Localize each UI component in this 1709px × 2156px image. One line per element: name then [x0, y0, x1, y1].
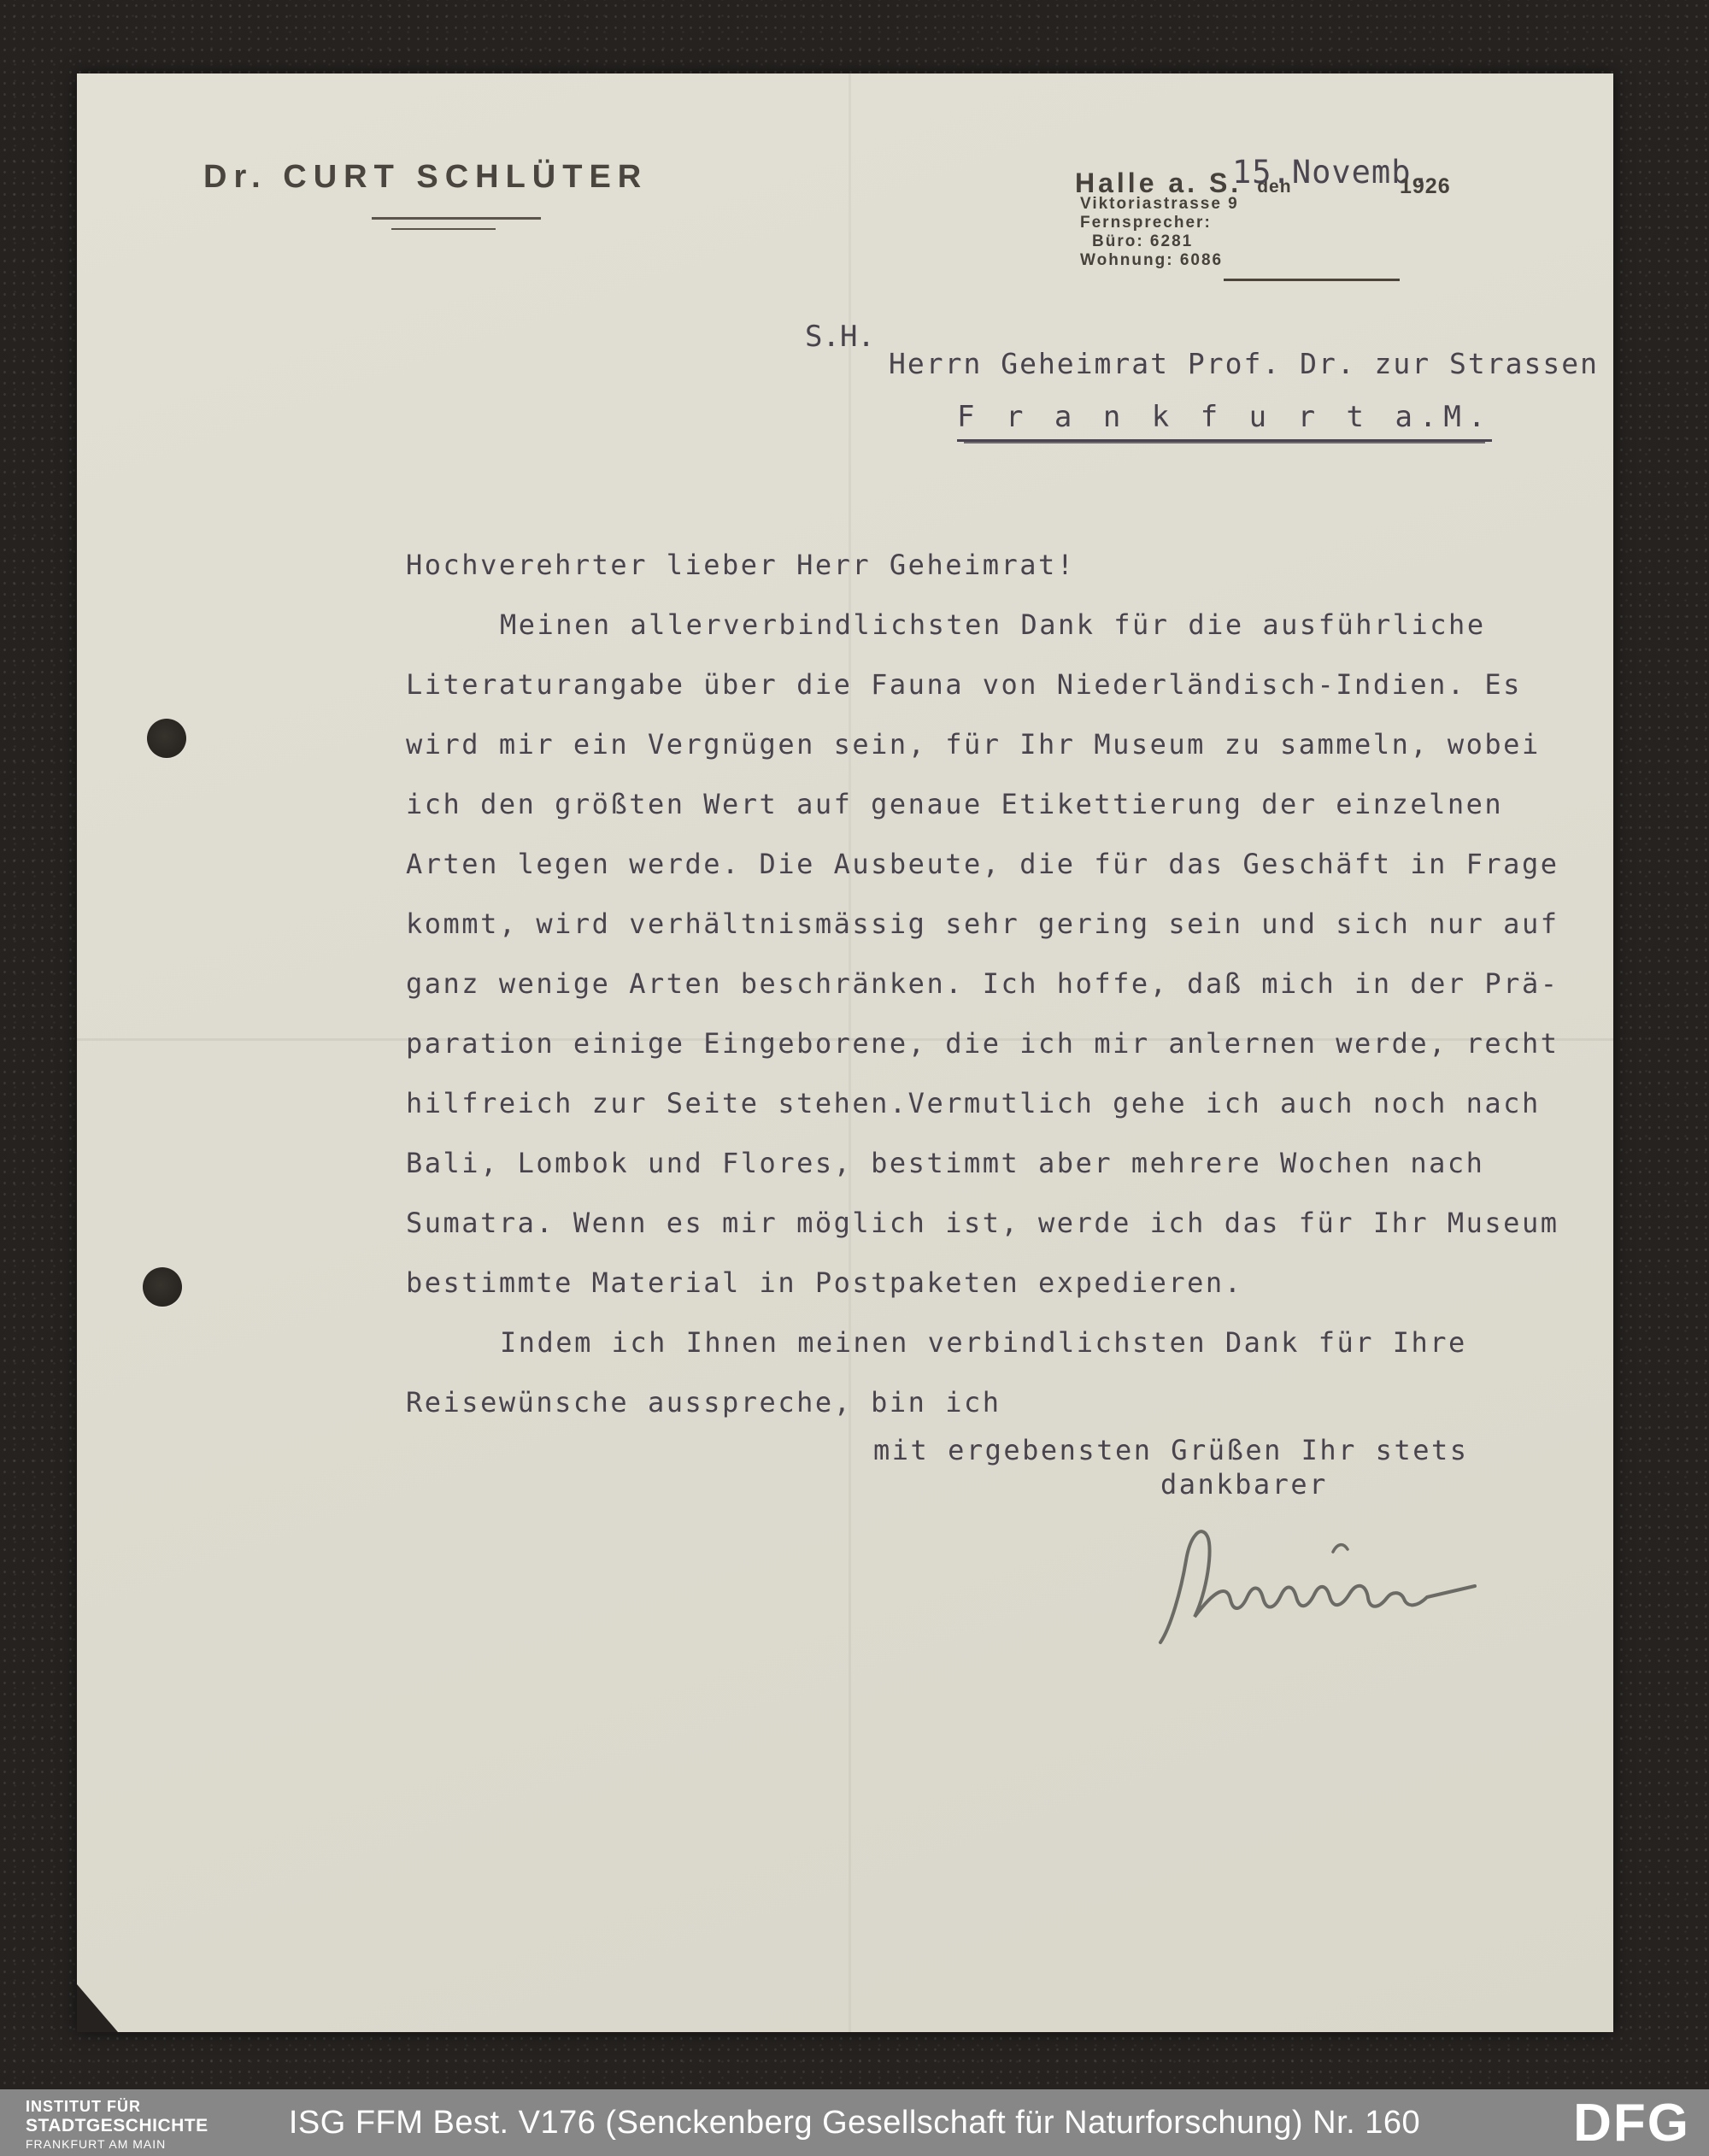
signature-scrawl — [1051, 1499, 1495, 1661]
letter-body-line: Literaturangabe über die Fauna von Niede… — [406, 655, 1551, 714]
closing-line-2: dankbarer — [1160, 1468, 1328, 1501]
letterhead-address-block: Viktoriastrasse 9 Fernsprecher: Büro: 62… — [1080, 195, 1239, 270]
letter-body-line: ich den größten Wert auf genaue Etiketti… — [406, 774, 1551, 834]
dfg-logo: DFG — [1573, 2093, 1690, 2153]
letterhead-city: Halle a. S. — [1075, 167, 1242, 198]
letterhead-year: 1926 — [1400, 174, 1451, 199]
letterhead-address-line: Viktoriastrasse 9 — [1080, 195, 1239, 214]
letter-body-line: Indem ich Ihnen meinen verbindlichsten D… — [406, 1313, 1551, 1372]
letterhead-underline-1 — [372, 217, 541, 220]
letter-body-line: wird mir ein Vergnügen sein, für Ihr Mus… — [406, 714, 1551, 774]
letterhead-address-line: Büro: 6281 — [1080, 232, 1239, 251]
letterhead-date-line — [1224, 279, 1400, 281]
letter-body: Hochverehrter lieber Herr Geheimrat!Mein… — [406, 535, 1551, 1432]
archive-footer-bar: INSTITUT FÜR STADTGESCHICHTE FRANKFURT A… — [0, 2089, 1709, 2156]
letter-body-line: kommt, wird verhältnismässig sehr gering… — [406, 894, 1551, 954]
letter-paper: Dr. CURT SCHLÜTER Halle a. S.den 15.Nove… — [77, 73, 1613, 2032]
archive-reference: ISG FFM Best. V176 (Senckenberg Gesellsc… — [0, 2105, 1709, 2141]
scan-canvas: Dr. CURT SCHLÜTER Halle a. S.den 15.Nove… — [0, 0, 1709, 2156]
letter-body-line: Reisewünsche ausspreche, bin ich — [406, 1372, 1551, 1432]
letter-body-line: Meinen allerverbindlichsten Dank für die… — [406, 595, 1551, 655]
recipient-salutation-abbrev: S.H. — [805, 320, 875, 354]
punch-hole-bottom — [143, 1267, 182, 1307]
letter-body-line: ganz wenige Arten beschränken. Ich hoffe… — [406, 954, 1551, 1013]
letter-body-line: bestimmte Material in Postpaketen expedi… — [406, 1253, 1551, 1313]
letter-body-line: hilfreich zur Seite stehen.Vermutlich ge… — [406, 1073, 1551, 1133]
letter-body-line: Sumatra. Wenn es mir möglich ist, werde … — [406, 1193, 1551, 1253]
folded-corner — [77, 1984, 118, 2032]
recipient-city-line: F r a n k f u r t a.M. — [957, 400, 1492, 442]
letterhead-address-line: Wohnung: 6086 — [1080, 251, 1239, 270]
recipient-name-line: Herrn Geheimrat Prof. Dr. zur Strassen — [889, 347, 1599, 380]
letterhead-address-line: Fernsprecher: — [1080, 214, 1239, 232]
letter-body-line: Hochverehrter lieber Herr Geheimrat! — [406, 535, 1551, 595]
letterhead-sender-name: Dr. CURT SCHLÜTER — [203, 159, 648, 196]
letter-body-line: Arten legen werde. Die Ausbeute, die für… — [406, 834, 1551, 894]
letter-body-line: paration einige Eingeborene, die ich mir… — [406, 1013, 1551, 1073]
letter-body-line: Bali, Lombok und Flores, bestimmt aber m… — [406, 1133, 1551, 1193]
letterhead-underline-2 — [391, 228, 496, 230]
punch-hole-top — [147, 719, 186, 758]
closing-line-1: mit ergebensten Grüßen Ihr stets — [873, 1434, 1469, 1466]
